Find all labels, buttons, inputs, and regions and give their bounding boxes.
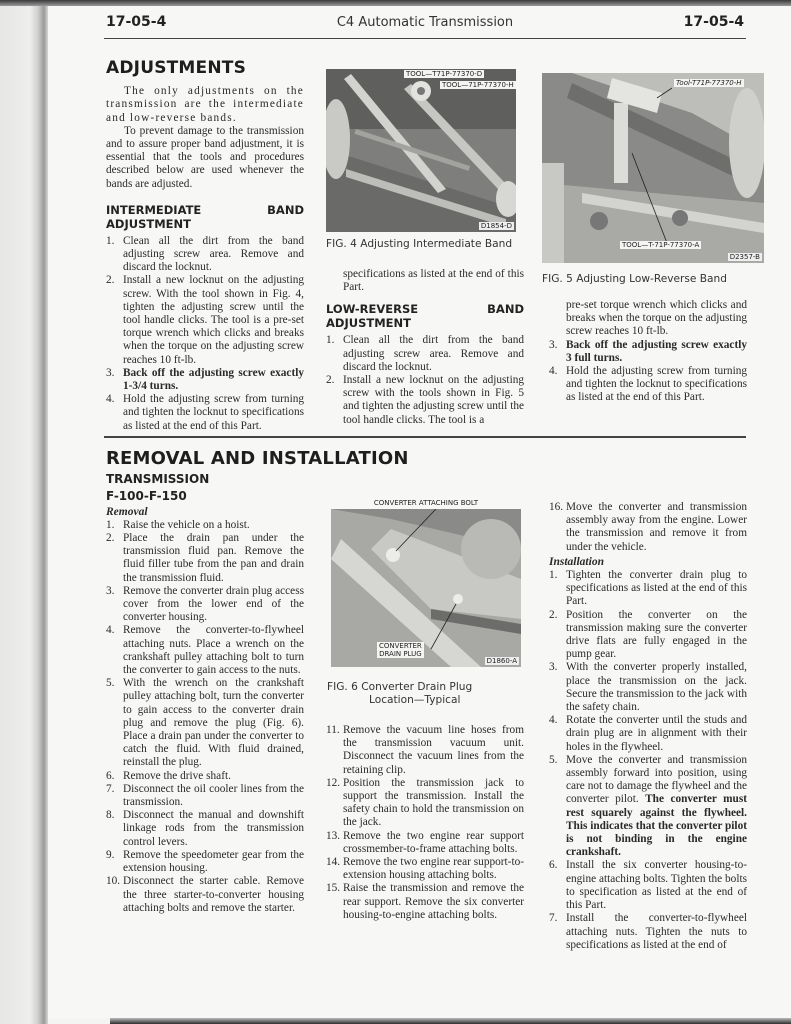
- fig4-illustration: [326, 69, 516, 232]
- running-header: 17-05-4 C4 Automatic Transmission 17-05-…: [104, 12, 746, 39]
- fig6-code: D1860-A: [485, 657, 519, 665]
- removal-heading: REMOVAL AND INSTALLATION: [106, 452, 304, 465]
- fig5-caption: FIG. 5 Adjusting Low-Reverse Band: [542, 273, 764, 286]
- installation-steps: 1.Tighten the converter drain plug to sp…: [549, 569, 747, 952]
- adjustments-para-1: The only adjustments on the transmission…: [106, 85, 304, 125]
- fig5-label-tool-a: TOOL—T-71P-77370-A: [620, 241, 701, 249]
- list-item: 4.Hold the adjusting screw from turning …: [106, 393, 304, 433]
- fig6-photo: CONVERTERDRAIN PLUG D1860-A: [331, 509, 521, 667]
- list-item: 3.Back off the adjusting screw exactly 1…: [106, 367, 304, 393]
- list-item: 2.Install a new locknut on the adjusting…: [326, 374, 524, 427]
- list-item: 2.Position the converter on the transmis…: [549, 609, 747, 662]
- list-item: 16.Move the converter and transmission a…: [549, 501, 747, 554]
- adjustments-heading: ADJUSTMENTS: [106, 62, 304, 75]
- fig4-code: D1854-D: [479, 222, 514, 230]
- fig4-label-tool-h: TOOL—71P-77370-H: [440, 81, 516, 89]
- intermediate-band-heading: INTERMEDIATE BAND ADJUSTMENT: [106, 203, 304, 231]
- list-item: 11.Remove the vacuum line hoses from the…: [326, 724, 524, 777]
- list-item: 4.Hold the adjusting screw from turning …: [549, 365, 747, 405]
- list-item: 5.With the wrench on the crankshaft pull…: [106, 677, 304, 769]
- list-item: 4.Remove the converter-to-flywheel attac…: [106, 624, 304, 677]
- low-reverse-column-continued: pre-set torque wrench which clicks and b…: [549, 299, 747, 405]
- list-item: 1.Tighten the converter drain plug to sp…: [549, 569, 747, 609]
- low-reverse-step-2-continued: pre-set torque wrench which clicks and b…: [549, 299, 747, 339]
- list-item: 5.Move the converter and transmission as…: [549, 754, 747, 860]
- fig6-label-drain-plug: CONVERTERDRAIN PLUG: [377, 642, 424, 658]
- figure-6: CONVERTER ATTACHING BOLT CONVERTERDRAIN …: [327, 499, 525, 707]
- low-reverse-steps: 1.Clean all the dirt from the band adjus…: [326, 334, 524, 426]
- list-item: 3.Back off the adjusting screw exactly 3…: [549, 339, 747, 365]
- adjustments-para-2: To prevent damage to the transmission an…: [106, 125, 304, 191]
- list-item: 6.Install the six converter housing-to-e…: [549, 859, 747, 912]
- figure-4: TOOL—T71P-77370-D TOOL—71P-77370-H D1854…: [326, 69, 516, 251]
- removal-column-2: 11.Remove the vacuum line hoses from the…: [326, 724, 524, 922]
- binding-gutter: [0, 0, 48, 1024]
- removal-label: Removal: [106, 506, 304, 519]
- fig4-photo: TOOL—T71P-77370-D TOOL—71P-77370-H D1854…: [326, 69, 516, 232]
- adjustments-column: ADJUSTMENTS The only adjustments on the …: [106, 62, 304, 433]
- intermediate-step-4-continued: specifications as listed at the end of t…: [326, 268, 524, 294]
- fig5-illustration: [542, 73, 764, 263]
- list-item: 6.Remove the drive shaft.: [106, 770, 304, 783]
- list-item: 12.Position the transmission jack to sup…: [326, 777, 524, 830]
- list-item: 1.Raise the vehicle on a hoist.: [106, 519, 304, 532]
- low-reverse-steps-continued: 3.Back off the adjusting screw exactly 3…: [549, 339, 747, 405]
- figure-5: Tool-T71P-77370-H TOOL—T-71P-77370-A D23…: [542, 73, 764, 286]
- removal-steps: 1.Raise the vehicle on a hoist. 2.Place …: [106, 519, 304, 915]
- installation-label: Installation: [549, 556, 747, 569]
- fig6-label-attaching-bolt: CONVERTER ATTACHING BOLT: [327, 499, 525, 507]
- fig5-code: D2357-B: [728, 253, 762, 261]
- transmission-subheading: TRANSMISSION: [106, 473, 304, 486]
- list-item: 2.Install a new locknut on the adjusting…: [106, 274, 304, 366]
- fig5-photo: Tool-T71P-77370-H TOOL—T-71P-77370-A D23…: [542, 73, 764, 263]
- low-reverse-column: specifications as listed at the end of t…: [326, 268, 524, 427]
- fig6-illustration: [331, 509, 521, 667]
- installation-column: 16.Move the converter and transmission a…: [549, 501, 747, 952]
- list-item: 3.With the converter properly installed,…: [549, 661, 747, 714]
- list-item: 4.Rotate the converter until the studs a…: [549, 714, 747, 754]
- scan-edge-top: [0, 0, 791, 6]
- list-item: 8.Disconnect the manual and downshift li…: [106, 809, 304, 849]
- list-item: 1.Clean all the dirt from the band adjus…: [106, 235, 304, 275]
- page-number-right: 17-05-4: [684, 14, 744, 30]
- removal-column: REMOVAL AND INSTALLATION TRANSMISSION F-…: [106, 452, 304, 915]
- list-item: 15.Raise the transmission and remove the…: [326, 882, 524, 922]
- scan-edge-bottom: [110, 1018, 791, 1024]
- list-item: 9.Remove the speedometer gear from the e…: [106, 849, 304, 875]
- removal-steps-continued: 11.Remove the vacuum line hoses from the…: [326, 724, 524, 922]
- intermediate-steps: 1.Clean all the dirt from the band adjus…: [106, 235, 304, 433]
- fig4-label-tool-d: TOOL—T71P-77370-D: [404, 70, 484, 78]
- list-item: 7.Install the converter-to-flywheel atta…: [549, 912, 747, 952]
- fig5-label-tool-h: Tool-T71P-77370-H: [674, 79, 744, 87]
- low-reverse-step-2-partial: Install a new locknut on the adjusting s…: [343, 374, 524, 426]
- list-item: 14.Remove the two engine rear support-to…: [326, 856, 524, 882]
- list-item: 10.Disconnect the starter cable. Remove …: [106, 875, 304, 915]
- model-subheading: F-100-F-150: [106, 490, 304, 503]
- list-item: 7.Disconnect the oil cooler lines from t…: [106, 783, 304, 809]
- list-item: 1.Clean all the dirt from the band adjus…: [326, 334, 524, 374]
- chapter-title: C4 Automatic Transmission: [104, 15, 746, 30]
- low-reverse-heading: LOW-REVERSE BAND ADJUSTMENT: [326, 302, 524, 330]
- list-item: 13.Remove the two engine rear support cr…: [326, 830, 524, 856]
- section-divider: [104, 436, 746, 438]
- fig4-caption: FIG. 4 Adjusting Intermediate Band: [326, 238, 516, 251]
- list-item: 3.Remove the converter drain plug access…: [106, 585, 304, 625]
- list-item: 2.Place the drain pan under the transmis…: [106, 532, 304, 585]
- removal-steps-final: 16.Move the converter and transmission a…: [549, 501, 747, 554]
- fig6-caption: FIG. 6 Converter Drain Plug Location—Typ…: [327, 681, 525, 707]
